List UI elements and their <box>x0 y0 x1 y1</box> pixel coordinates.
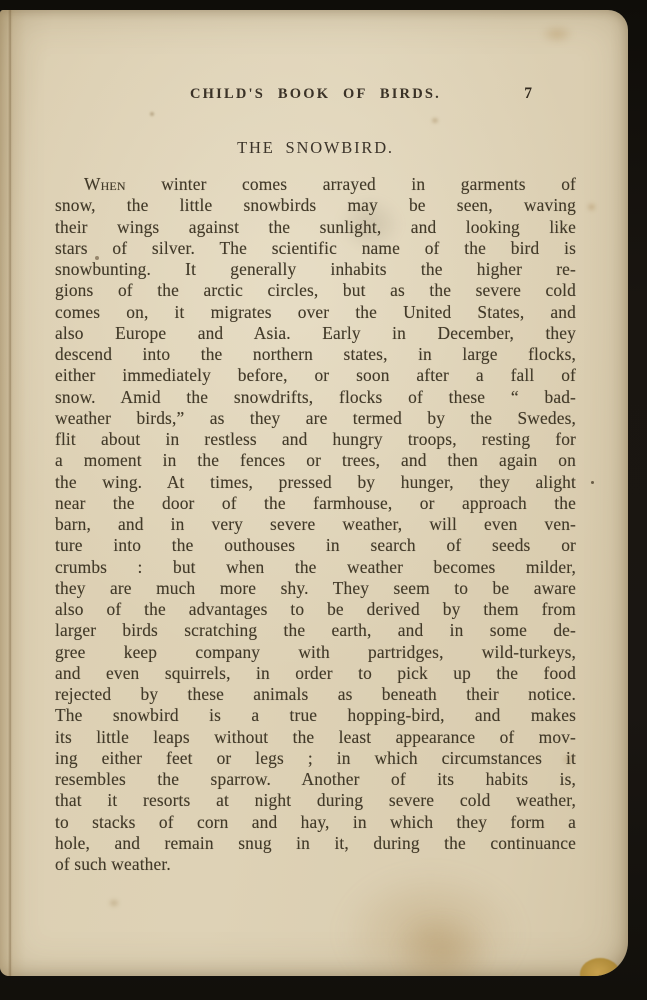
ink-speck <box>150 112 154 116</box>
stain-blotch <box>338 868 523 976</box>
first-line-rest: winter comes arrayed in garments of <box>126 174 576 194</box>
ink-speck <box>110 900 118 906</box>
stain-blotch <box>540 24 574 44</box>
page-crease <box>8 10 13 976</box>
text-line: weather birds,” as they are termed by th… <box>55 408 576 429</box>
text-line: The snowbird is a true hopping-bird, and… <box>55 705 576 726</box>
text-line: comes on, it migrates over the United St… <box>55 302 576 323</box>
text-line: their wings against the sunlight, and lo… <box>55 217 576 238</box>
text-line: crumbs : but when the weather becomes mi… <box>55 557 576 578</box>
text-line: stars of silver. The scientific name of … <box>55 238 576 259</box>
ink-speck <box>591 481 594 484</box>
running-title: CHILD'S BOOK OF BIRDS. <box>55 86 576 103</box>
text-line: gions of the arctic circles, but as the … <box>55 280 576 301</box>
opening-word: When <box>84 174 126 194</box>
text-line-first: When winter comes arrayed in garments of <box>55 174 576 195</box>
text-line: either immediately before, or soon after… <box>55 365 576 386</box>
text-line: barn, and in very severe weather, will e… <box>55 514 576 535</box>
text-line: of such weather. <box>55 854 576 875</box>
ink-speck <box>432 118 438 123</box>
stain-blotch <box>395 915 490 976</box>
text-line: near the door of the farmhouse, or appro… <box>55 493 576 514</box>
text-line: larger birds scratching the earth, and i… <box>55 620 576 641</box>
text-line: snow, the little snowbirds may be seen, … <box>55 195 576 216</box>
text-line: resembles the sparrow. Another of its ha… <box>55 769 576 790</box>
text-line: that it resorts at night during severe c… <box>55 790 576 811</box>
text-line: to stacks of corn and hay, in which they… <box>55 812 576 833</box>
gutter-shading <box>0 10 26 976</box>
text-lines: snow, the little snowbirds may be seen, … <box>55 195 576 875</box>
chapter-body: When winter comes arrayed in garments of… <box>55 174 576 875</box>
chapter-title: THE SNOWBIRD. <box>55 138 576 158</box>
book-page-scan: CHILD'S BOOK OF BIRDS. 7 THE SNOWBIRD. W… <box>0 10 628 976</box>
text-line: hole, and remain snug in it, during the … <box>55 833 576 854</box>
text-line: flit about in restless and hungry troops… <box>55 429 576 450</box>
page-number: 7 <box>524 85 532 103</box>
text-line: snow. Amid the snowdrifts, flocks of the… <box>55 387 576 408</box>
text-line: ing either feet or legs ; in which circu… <box>55 748 576 769</box>
text-line: its little leaps without the least appea… <box>55 727 576 748</box>
text-line: they are much more shy. They seem to be … <box>55 578 576 599</box>
page-header: CHILD'S BOOK OF BIRDS. 7 <box>55 86 576 108</box>
text-line: gree keep company with partridges, wild-… <box>55 642 576 663</box>
ink-speck <box>588 204 595 210</box>
text-line: descend into the northern states, in lar… <box>55 344 576 365</box>
text-line: also of the advantages to be derived by … <box>55 599 576 620</box>
text-line: ture into the outhouses in search of see… <box>55 535 576 556</box>
text-line: snowbunting. It generally inhabits the h… <box>55 259 576 280</box>
text-line: also Europe and Asia. Early in December,… <box>55 323 576 344</box>
text-line: a moment in the fences or trees, and the… <box>55 450 576 471</box>
text-line: rejected by these animals as beneath the… <box>55 684 576 705</box>
text-line: the wing. At times, pressed by hunger, t… <box>55 472 576 493</box>
text-line: and even squirrels, in order to pick up … <box>55 663 576 684</box>
